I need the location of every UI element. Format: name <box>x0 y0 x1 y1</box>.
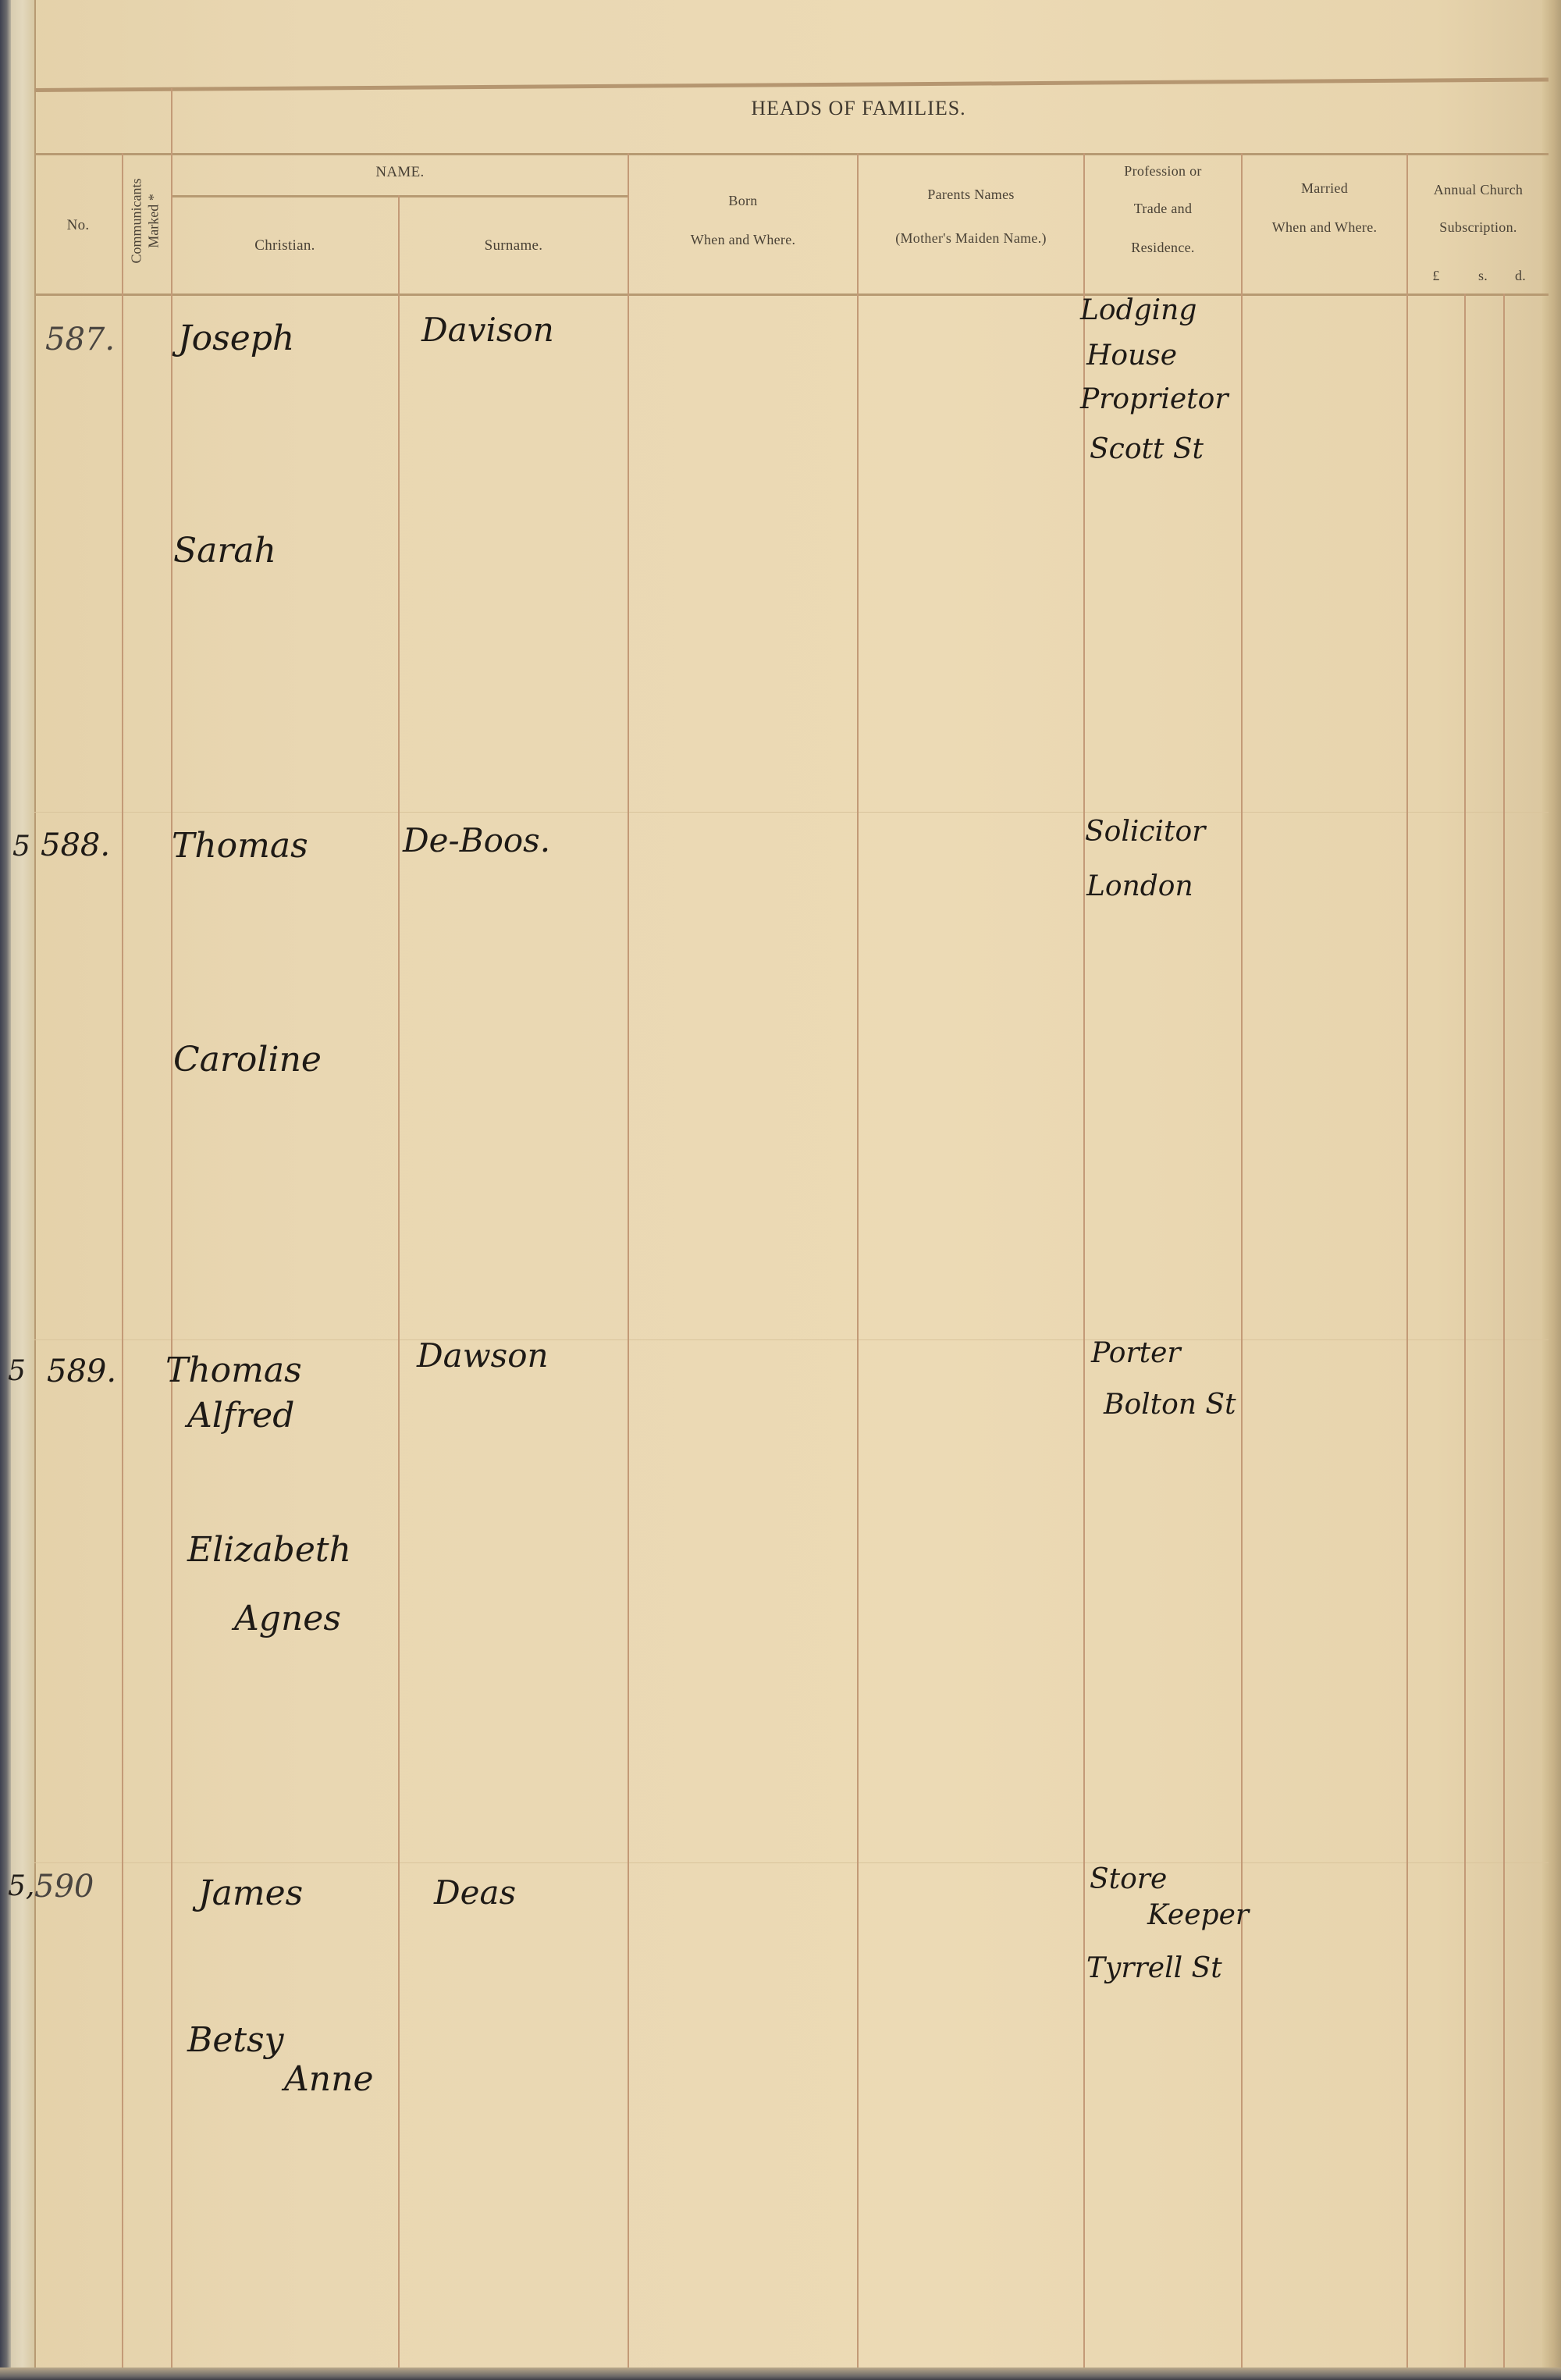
header-pence: d. <box>1505 261 1536 290</box>
profession-line: Keeper <box>1147 1895 1249 1936</box>
col-rule-married <box>1406 153 1408 2370</box>
surname: Dawson <box>417 1336 549 1375</box>
col-rule-no <box>122 153 123 2370</box>
entry-number: 588. <box>41 827 110 863</box>
name-header-rule <box>172 195 628 197</box>
col-rule-pounds <box>1464 293 1466 2370</box>
header-pounds: £ <box>1421 261 1452 290</box>
profession-line: Proprietor <box>1080 379 1229 420</box>
entry-number: 589. <box>47 1354 116 1389</box>
col-rule-christian <box>398 195 400 2370</box>
profession-line: London <box>1086 866 1193 907</box>
header-profession-line1: Profession or <box>1085 156 1241 186</box>
page-gutter <box>11 0 36 2380</box>
profession-line: Lodging <box>1080 290 1197 331</box>
profession-line: House <box>1086 336 1177 376</box>
header-christian: Christian. <box>172 231 398 261</box>
header-married-line1: Married <box>1243 173 1406 203</box>
header-no: No. <box>34 211 122 240</box>
col-rule-parents <box>1083 153 1085 2370</box>
header-bottom-rule <box>34 293 1549 296</box>
profession-line: Bolton St <box>1104 1385 1236 1425</box>
christian-name: Thomas <box>172 826 308 866</box>
header-shillings: s. <box>1467 261 1499 290</box>
top-border-rule <box>34 77 1549 92</box>
christian-name: Elizabeth <box>187 1530 351 1570</box>
surname: Davison <box>421 311 554 349</box>
margin-mark: 5 <box>8 1355 26 1387</box>
entry-number: 587. <box>45 322 115 358</box>
surname: Deas <box>434 1873 516 1912</box>
header-profession-line2: Trade and <box>1085 194 1241 223</box>
header-born-line1: Born <box>629 186 857 215</box>
entry-number: 590 <box>34 1869 94 1905</box>
book-binding <box>0 0 11 2380</box>
col-rule-communicants <box>171 88 172 2370</box>
christian-name: Betsy <box>187 2020 284 2060</box>
profession-line: Store <box>1090 1859 1167 1900</box>
christian-name: Anne <box>284 2059 374 2099</box>
col-rule-surname <box>628 153 629 2370</box>
christian-name: Agnes <box>234 1599 341 1638</box>
profession-line: Porter <box>1091 1333 1181 1374</box>
page-title: HEADS OF FAMILIES. <box>172 97 1545 120</box>
header-subscription-line1: Annual Church <box>1408 175 1549 205</box>
header-surname: Surname. <box>400 231 628 261</box>
header-parents-line1: Parents Names <box>859 180 1083 209</box>
christian-name: James <box>198 1873 303 1913</box>
page-edge <box>1542 0 1561 2380</box>
page-bottom-edge <box>0 2368 1561 2380</box>
surname: De-Boos. <box>403 821 550 859</box>
entry-separator-3 <box>34 1862 1549 1863</box>
christian-name: Sarah <box>173 531 276 571</box>
christian-name: Joseph <box>178 318 294 358</box>
christian-name: Alfred <box>187 1396 294 1435</box>
register-page: HEADS OF FAMILIES. No. Communicants Mark… <box>0 0 1561 2380</box>
christian-name: Thomas <box>165 1350 302 1390</box>
header-parents-line2: (Mother's Maiden Name.) <box>859 223 1083 253</box>
header-communicants: Communicants Marked * <box>122 162 167 279</box>
header-married-line2: When and Where. <box>1243 212 1406 242</box>
profession-line: Tyrrell St <box>1086 1948 1222 1989</box>
entry-separator-2 <box>34 1339 1549 1340</box>
profession-line: Solicitor <box>1085 812 1205 852</box>
header-name-group: NAME. <box>172 158 628 187</box>
entry-separator-1 <box>34 812 1549 813</box>
margin-mark: 5, <box>8 1870 34 1902</box>
header-born-line2: When and Where. <box>629 225 857 254</box>
col-rule-born <box>857 153 859 2370</box>
col-rule-profession <box>1241 153 1243 2370</box>
margin-mark: 5 <box>12 831 30 863</box>
header-profession-line3: Residence. <box>1085 233 1241 262</box>
col-rule-shillings <box>1503 293 1505 2370</box>
header-rule-1 <box>34 153 1549 155</box>
christian-name: Caroline <box>173 1040 322 1080</box>
profession-line: Scott St <box>1090 429 1204 470</box>
header-communicants-label: Communicants Marked * <box>127 179 162 264</box>
header-subscription-line2: Subscription. <box>1408 212 1549 242</box>
